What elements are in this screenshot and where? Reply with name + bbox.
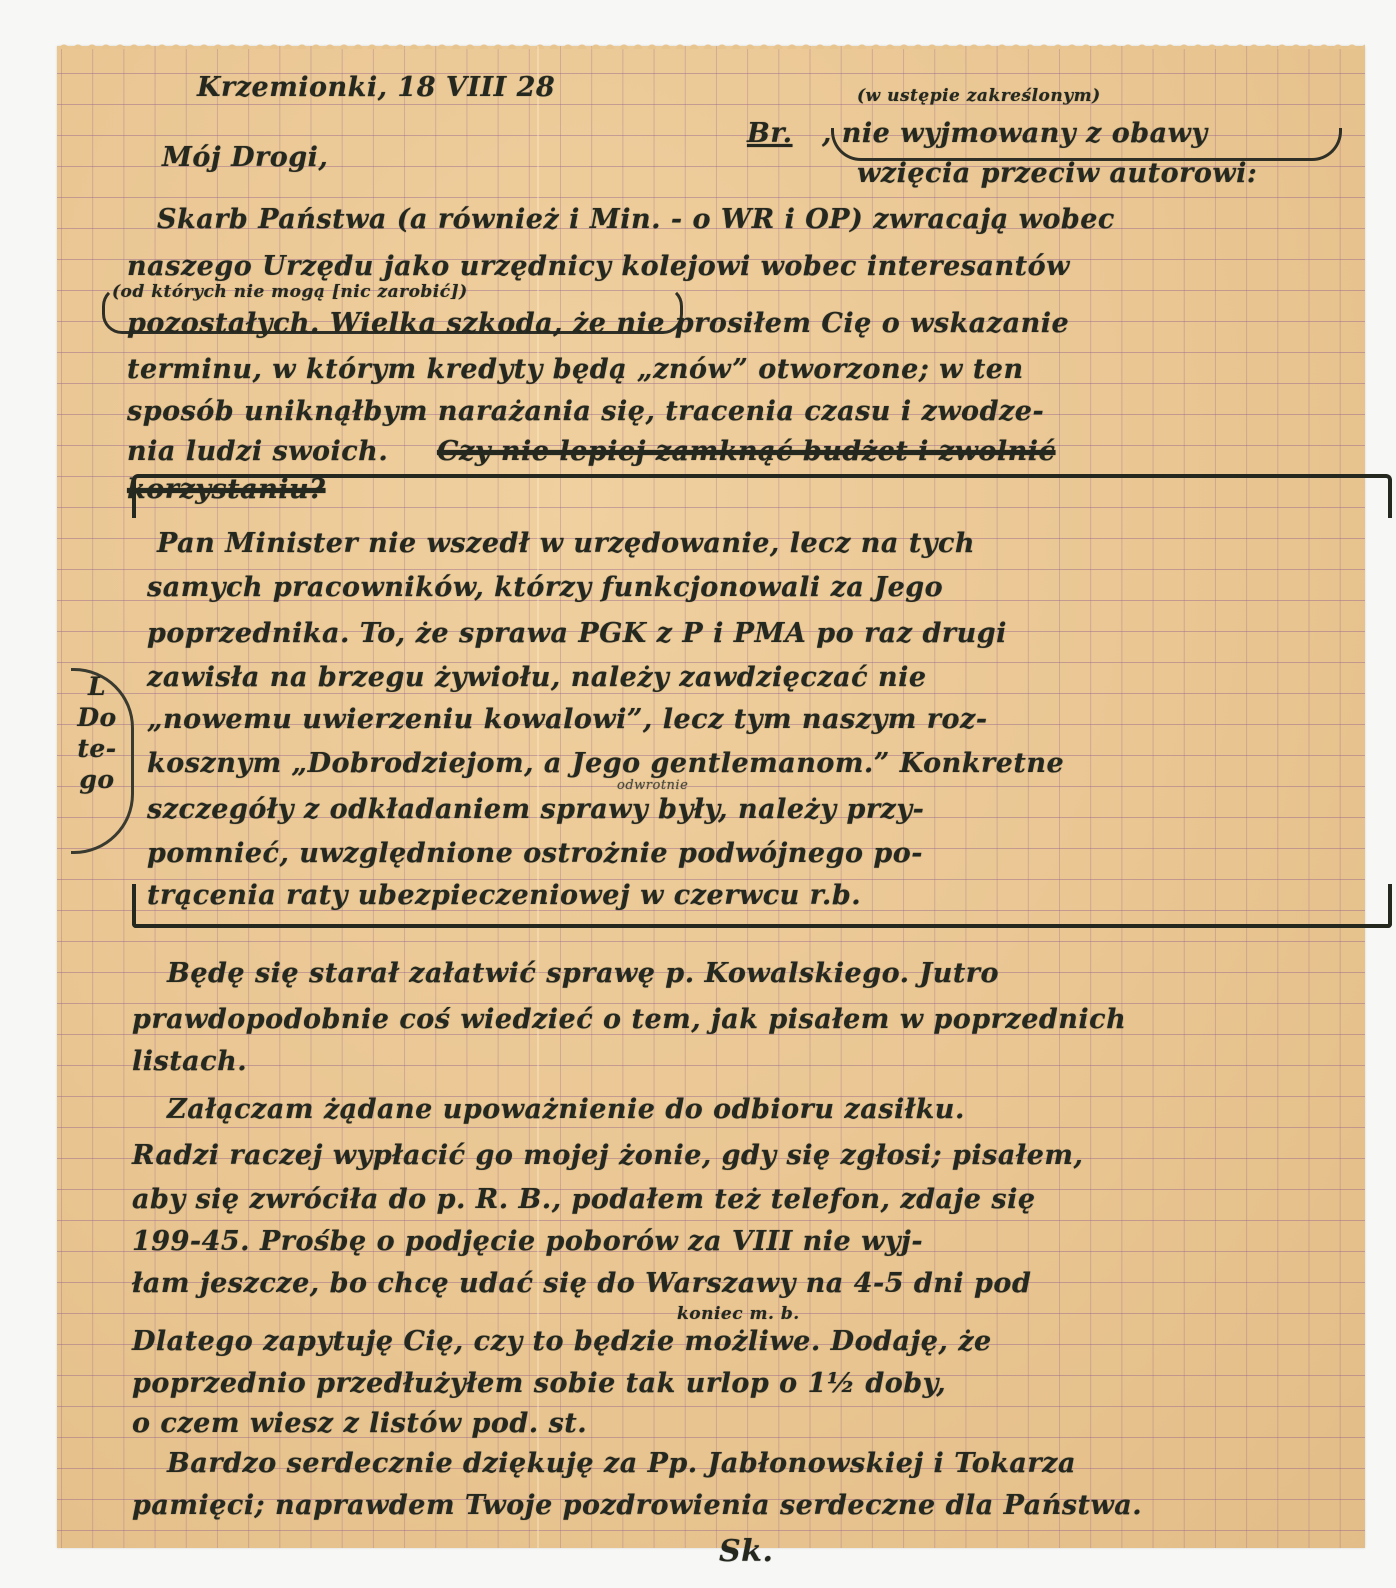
p2-line-3: listach. — [132, 1046, 247, 1077]
p3-line-2: Radzi raczej wypłacić go mojej żonie, gd… — [132, 1140, 1083, 1171]
p1-line-5: sposób uniknąłbym narażania się, traceni… — [127, 396, 1044, 427]
block-interlinear-note: odwrotnie — [617, 778, 688, 793]
block-line-6: kosznym „Dobrodziejom, a Jego gentlemano… — [147, 748, 1064, 779]
signature: Sk. — [719, 1534, 773, 1569]
p1-line-4: terminu, w którym kredyty będą „znów” ot… — [127, 354, 1024, 385]
margin-note-line-3: te- — [77, 733, 117, 764]
block-line-4: zawisła na brzegu żywiołu, należy zawdzi… — [147, 662, 927, 693]
block-line-3: poprzednika. To, że sprawa PGK z P i PMA… — [147, 618, 1007, 649]
margin-note-line-4: go — [77, 764, 117, 795]
p4-line-1: Bardzo serdecznie dziękuję za Pp. Jabłon… — [167, 1448, 1076, 1479]
greeting: Mój Drogi, — [162, 142, 328, 173]
aside-prefix: Br. — [747, 118, 792, 149]
p3-line-5: łam jeszcze, bo chcę udać się do Warszaw… — [132, 1268, 1031, 1299]
p3-interlinear: koniec m. b. — [677, 1304, 800, 1324]
block-line-1: Pan Minister nie wszedł w urzędowanie, l… — [157, 528, 975, 559]
p1-line-6: nia ludzi swoich. — [127, 436, 388, 467]
p1-struck-text: Czy nie lepiej zamknąć budżet i zwolnić — [437, 436, 1055, 467]
block-line-2: samych pracowników, którzy funkcjonowali… — [147, 572, 943, 603]
p3-line-1: Załączam żądane upoważnienie do odbioru … — [167, 1094, 965, 1125]
block-line-9: trącenia raty ubezpieczeniowej w czerwcu… — [147, 880, 861, 911]
p1-line-3: pozostałych. Wielka szkoda, że nie prosi… — [127, 308, 1069, 339]
p2-line-1: Będę się starał załatwić sprawę p. Kowal… — [167, 958, 999, 989]
aside-line-1: (w ustępie zakreślonym) — [857, 86, 1101, 106]
p1-inserted-note: (od których nie mogą [nic zarobić]) — [112, 282, 468, 302]
p2-line-2: prawdopodobnie coś wiedzieć o tem, jak p… — [132, 1004, 1126, 1035]
p3-line-6: Dlatego zapytuję Cię, czy to będzie możl… — [132, 1326, 992, 1357]
place-date: Krzemionki, 18 VIII 28 — [197, 72, 555, 103]
p3-line-4: 199-45. Prośbę o podjęcie poborów za VII… — [132, 1226, 923, 1257]
block-line-7: szczegóły z odkładaniem sprawy były, nal… — [147, 794, 924, 825]
margin-note: L Do te- go — [77, 671, 117, 795]
p3-line-3: aby się zwróciła do p. R. B., podałem te… — [132, 1184, 1036, 1215]
p4-line-2: pamięci; naprawdem Twoje pozdrowienia se… — [132, 1490, 1142, 1521]
p1-line-1: Skarb Państwa (a również i Min. - o WR i… — [157, 204, 1115, 235]
block-bracket-top — [132, 474, 1392, 518]
aside-line-2: , nie wyjmowany z obawy — [822, 118, 1208, 149]
margin-note-line-1: L — [77, 671, 117, 702]
graph-paper-sheet: Krzemionki, 18 VIII 28 Mój Drogi, (w ust… — [57, 46, 1365, 1548]
block-line-8: pomnieć, uwzględnione ostrożnie podwójne… — [147, 838, 923, 869]
p3-line-8: o czem wiesz z listów pod. st. — [132, 1408, 587, 1439]
p1-line-2: naszego Urzędu jako urzędnicy kolejowi w… — [127, 251, 1070, 282]
block-line-5: „nowemu uwierzeniu kowalowi”, lecz tym n… — [147, 704, 988, 735]
aside-line-3: wzięcia przeciw autorowi: — [857, 158, 1257, 189]
p3-line-7: poprzednio przedłużyłem sobie tak urlop … — [132, 1368, 946, 1399]
margin-note-line-2: Do — [77, 702, 117, 733]
